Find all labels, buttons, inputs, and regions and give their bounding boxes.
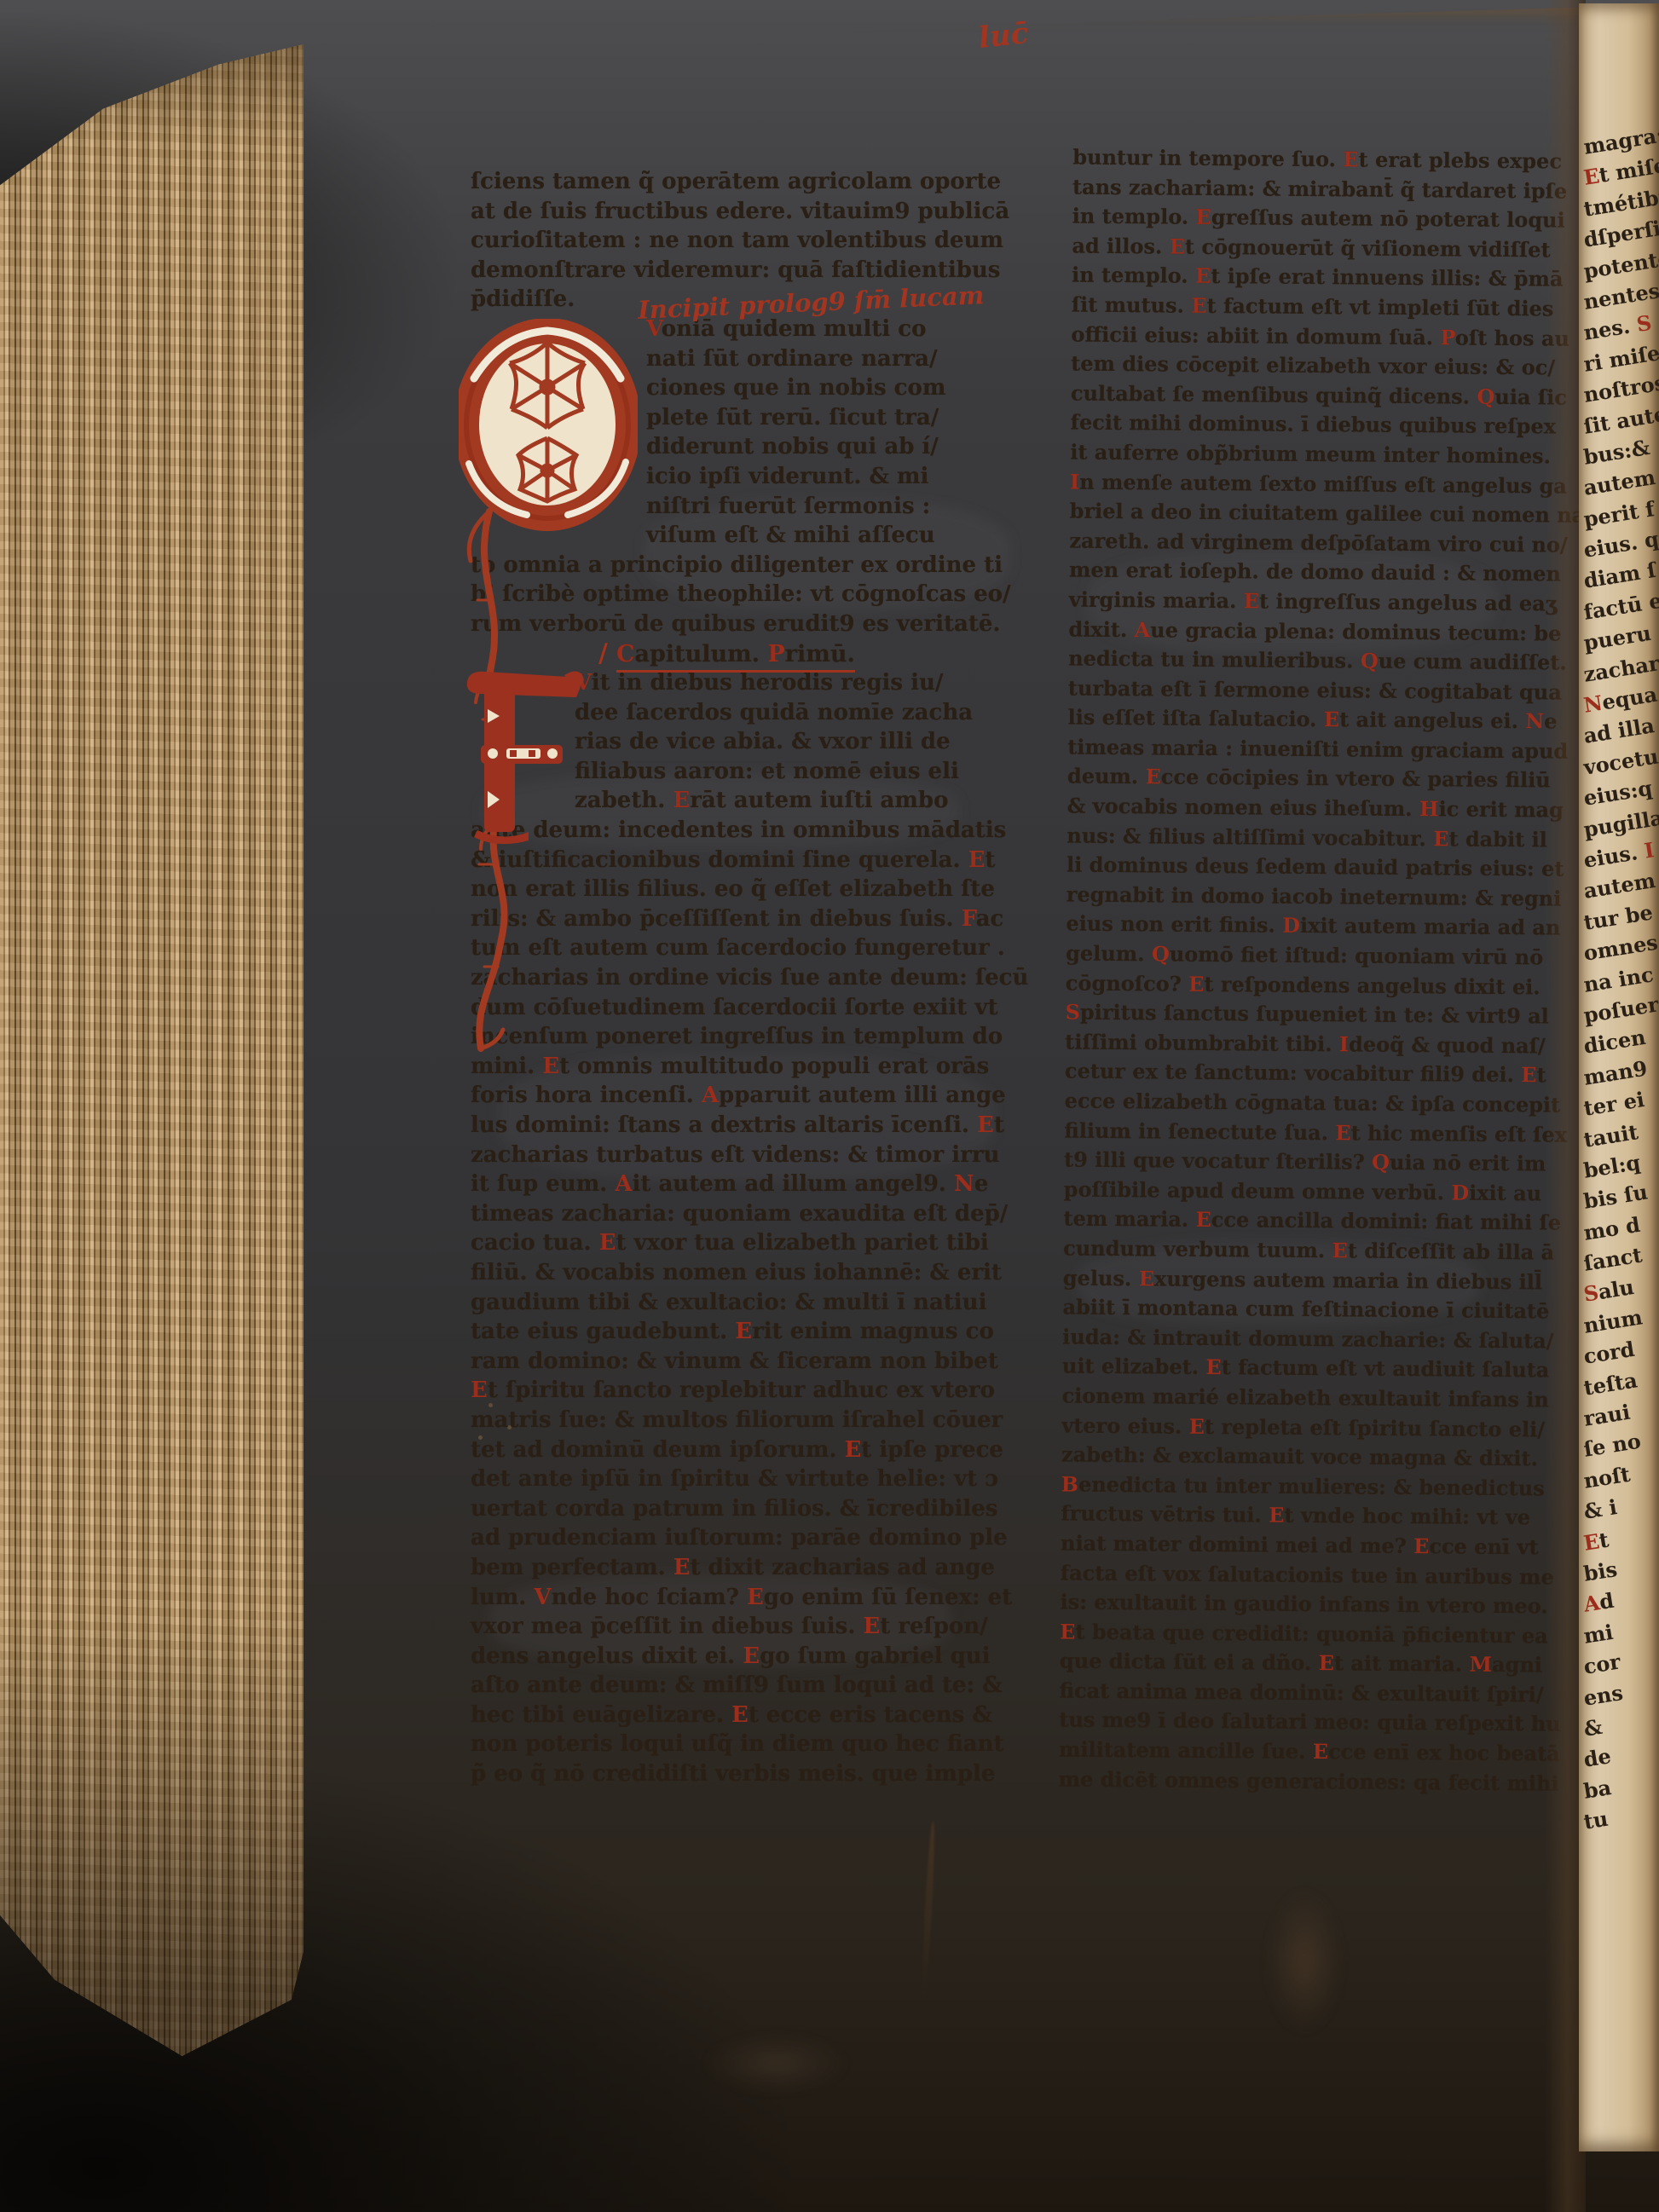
text-line: in templo. Egreſſus autem nō poterat loq… — [1072, 202, 1563, 236]
text-line: curioſitatem : ne non tam volentibus deu… — [471, 226, 1001, 256]
text-line: tem maria. Ecce ancilla domini: fiat mih… — [1063, 1204, 1553, 1239]
text-line: uertat corda patrum in filios. & īcredib… — [471, 1494, 1001, 1524]
text-line: tans zachariam: & mirabant̄ q̃ tardaret … — [1072, 172, 1563, 206]
photograph-of-incunable-book: luc̄ — [0, 0, 1659, 2212]
text-line: tem dies cōcepit elizabeth vxor eius: & … — [1071, 349, 1561, 384]
text-line: ram domino: & vinum & ſiceram non bibet — [471, 1347, 1001, 1377]
text-line: hec tibi euāgelizare. Et ecce eris tacen… — [471, 1701, 1001, 1730]
prologue-last-word: p̄didiſſe. — [471, 286, 575, 312]
text-line: tiſſimi obumbrabit tibi. Ideoq̃ & quod n… — [1065, 1027, 1555, 1061]
text-line: det ante ipſū in ſpiritu & virtute helie… — [471, 1464, 1001, 1494]
text-line: bem perfectam. Et dixit zacharias ad ang… — [471, 1553, 1001, 1583]
text-line: lum. Vnde hoc ſciam? Ego enim ſū ſenex: … — [471, 1583, 1001, 1613]
text-line: niat mater domini mei ad me? Ecce enī vt — [1061, 1528, 1551, 1562]
text-line: p̃ eo q̃ nō credidiſti verbis meis. que … — [471, 1759, 1001, 1789]
text-line: tet ad dominū deum ipſorum. Et ipſe prec… — [471, 1435, 1001, 1465]
text-line: li dominus deus ſedem dauid patris eius:… — [1066, 851, 1557, 885]
text-line: filium in ſenectute ſua. Et hic menſis e… — [1064, 1116, 1554, 1150]
text-line: fructus vētris tui. Et vnde hoc mihi: vt… — [1061, 1499, 1551, 1533]
text-line: ad prudenciam iuſtorum: parāe domino ple — [471, 1523, 1001, 1553]
text-line: nedicta tu in mulieribus. Que cum audiſſ… — [1068, 644, 1558, 679]
text-line: fecit mihi dominus. ī diebus quibus reſp… — [1070, 408, 1560, 442]
text-line: matris ſue: & multos filiorum iſrahel cō… — [471, 1406, 1001, 1435]
text-line: ecce elizabeth cōgnata tua: & ipſa conce… — [1065, 1086, 1555, 1120]
text-line: abiit ī montana cum feſtinacione ī ciuit… — [1062, 1293, 1552, 1327]
text-line: virginis maria. Et ingreſſus angelus ad … — [1069, 585, 1559, 619]
text-line: regnabit in domo iacob ineternum: & regn… — [1066, 880, 1557, 914]
text-line: deum. Ecce cōcipies in vtero & paries fi… — [1067, 762, 1558, 796]
smudge-stain — [1266, 1889, 1343, 2034]
text-line: non poteris loqui uſq̃ in diem quo hec f… — [471, 1730, 1001, 1759]
text-line: filiū. & vocabis nomen eius iohannē: & e… — [471, 1258, 1001, 1288]
text-line: vxor mea p̄ceſſit in diebus ſuis. Et reſ… — [471, 1612, 1001, 1642]
chapter-heading-word1: Capitulum. — [616, 640, 760, 670]
text-line: gaudium tibi & exultacio: & multi ī nati… — [471, 1288, 1001, 1318]
text-line: cionem marié elizabeth exultauit infans … — [1061, 1381, 1552, 1415]
prologue-paragraph: ſciens tamen q̃ operātem agricolam oport… — [471, 167, 1001, 285]
text-line: ſit mutus. Et factum eſt vt impleti ſūt … — [1072, 290, 1562, 324]
right-column-body: buntur in tempore ſuo. Et erat plebs exp… — [1059, 143, 1564, 1799]
text-line: lis eſſet iſta ſalutacio. Et ait angelus… — [1067, 703, 1558, 737]
text-line: zabeth: & exclamauit voce magna & dixit. — [1061, 1441, 1552, 1475]
text-line: t9 illi que vocatur ſterilis? Quia nō er… — [1064, 1146, 1554, 1180]
text-line: militatem ancille ſue. Ecce enī ex hoc b… — [1059, 1736, 1549, 1770]
text-line: timeas zacharia: quoniam exaudita eſt de… — [471, 1199, 1001, 1229]
text-line: lus domini: ſtans a dextris altaris īcen… — [471, 1111, 1001, 1141]
text-line: demonſtrare videremur: quā faſtidientibu… — [471, 256, 1001, 286]
text-line: cundum verbum tuum. Et diſceſſit ab illa… — [1063, 1233, 1553, 1268]
text-line: zareth. ad virginem deſpōſatam viro cui … — [1069, 526, 1559, 560]
text-line: & vocabis nomen eius iheſum. Hic erit ma… — [1067, 792, 1558, 826]
left-text-column: ſciens tamen q̃ operātem agricolam oport… — [471, 167, 1001, 1789]
text-line: cetur ex te ſanctum: vocabitur fili9 dei… — [1065, 1057, 1555, 1091]
text-line: gelum. Quomō fiet iſtud: quoniam virū nō — [1066, 939, 1556, 973]
text-line: men erat ioſeph. de domo dauid : & nomen — [1069, 556, 1559, 590]
text-line: nus: & filius altiſſimi vocabitur. Et da… — [1066, 821, 1557, 855]
text-line: que dicta ſūt ei a dño. Et ait maria. Ma… — [1060, 1647, 1550, 1681]
text-line: cōgnoſco? Et reſpondens angelus dixit ei… — [1066, 968, 1556, 1002]
decorated-initial-F — [462, 663, 590, 846]
text-line: is: exultauit in gaudio infans in vtero … — [1060, 1588, 1550, 1622]
text-line: ficat anima mea dominū: & exultauit ſpir… — [1059, 1676, 1549, 1710]
text-line: uit elizabet. Et factum eſt vt audiuit ſ… — [1062, 1352, 1552, 1386]
text-line: facta eſt vox ſalutacionis tue in auribu… — [1061, 1558, 1551, 1592]
text-line: Benedicta tu inter mulieres: & benedictu… — [1061, 1470, 1552, 1504]
text-line: Spiritus ſanctus ſupueniet in te: & virt… — [1065, 998, 1555, 1032]
right-text-column: buntur in tempore ſuo. Et erat plebs exp… — [1059, 143, 1564, 1799]
text-line: tate eius gaudebunt. Erit enim magnus co — [471, 1317, 1001, 1347]
text-line: it auferre obp̃brium meum inter homines. — [1070, 437, 1560, 471]
text-line: briel a deo in ciuitatem galilee cui nom… — [1070, 497, 1560, 531]
text-line: iuda: & intrauit domum zacharie: & ſalut… — [1062, 1322, 1552, 1356]
smudge-stain — [703, 2034, 848, 2094]
text-line: buntur in tempore ſuo. Et erat plebs exp… — [1072, 143, 1563, 177]
text-line: eius non erit finis. Dixit autem maria a… — [1066, 910, 1556, 944]
text-line: officii eius: abiit in domum ſuā. Poſt h… — [1071, 320, 1561, 354]
text-line: at de ſuis fructibus edere. vitauim9 pub… — [471, 197, 1001, 227]
text-line: dens angelus dixit ei. Ego ſum gabriel q… — [471, 1642, 1001, 1672]
prologue-last-line: p̄didiſſe. Incipit prolog9 ſm̄ lucam — [471, 285, 1001, 315]
text-line: cultabat ſe menſibus quinq̃ dicens. Quia… — [1071, 378, 1561, 413]
text-line: foris hora incenſi. Apparuit autem illi … — [471, 1081, 1001, 1111]
text-line: turbata eſt ī ſermone eius: & cogitabat … — [1068, 673, 1558, 707]
text-line: me dicēt omnes generaciones: qa fecit mi… — [1059, 1764, 1549, 1799]
text-line: it ſup eum. Ait autem ad illum angel9. N… — [471, 1170, 1001, 1199]
text-line: timeas maria : inueniſti enim graciam ap… — [1067, 732, 1558, 766]
text-line: ſciens tamen q̃ operātem agricolam oport… — [471, 167, 1001, 197]
ink-drip-stain — [921, 1821, 937, 2000]
text-line: Et beata que credidit: quoniā p̄ficientu… — [1060, 1617, 1550, 1651]
text-line: dixit. Aue gracia plena: dominus tecum: … — [1068, 615, 1558, 649]
chapter-heading-word2: Primū. — [767, 640, 854, 670]
facing-page-text-fragments: magra:qEt miſertmétibudſperſitpotentesne… — [1584, 133, 1659, 1839]
text-line: ad illos. Et cōgnouerūt q̃ viſionem vidi… — [1072, 231, 1562, 265]
text-line: in templo. Et ipſe erat innuens illis: &… — [1072, 261, 1562, 295]
text-line: gelus. Exurgens autem maria in diebus il… — [1063, 1263, 1553, 1297]
facing-page-sliver: magra:qEt miſertmétibudſperſitpotentesne… — [1579, 3, 1659, 2151]
text-line: vtero eius. Et repleta eſt ſpiritu ſanct… — [1061, 1411, 1552, 1445]
margin-note-running-title: luc̄ — [977, 16, 1030, 55]
text-line: zacharias turbatus eſt videns: & timor i… — [471, 1141, 1001, 1170]
text-line: poſſibile apud deum omne verbū. Dixit au — [1064, 1175, 1554, 1209]
text-line: tus me9 ī deo ſalutari meo: quia reſpexi… — [1059, 1706, 1549, 1740]
text-line: aſto ante deum: & miſſ9 ſum loqui ad te:… — [471, 1671, 1001, 1701]
text-line: Et ſpiritu ſancto replebitur adhuc ex vt… — [471, 1376, 1001, 1406]
text-line: cacio tua. Et vxor tua elizabeth pariet … — [471, 1228, 1001, 1258]
text-line: In menſe autem ſexto miſſus eſt angelus … — [1070, 467, 1560, 501]
